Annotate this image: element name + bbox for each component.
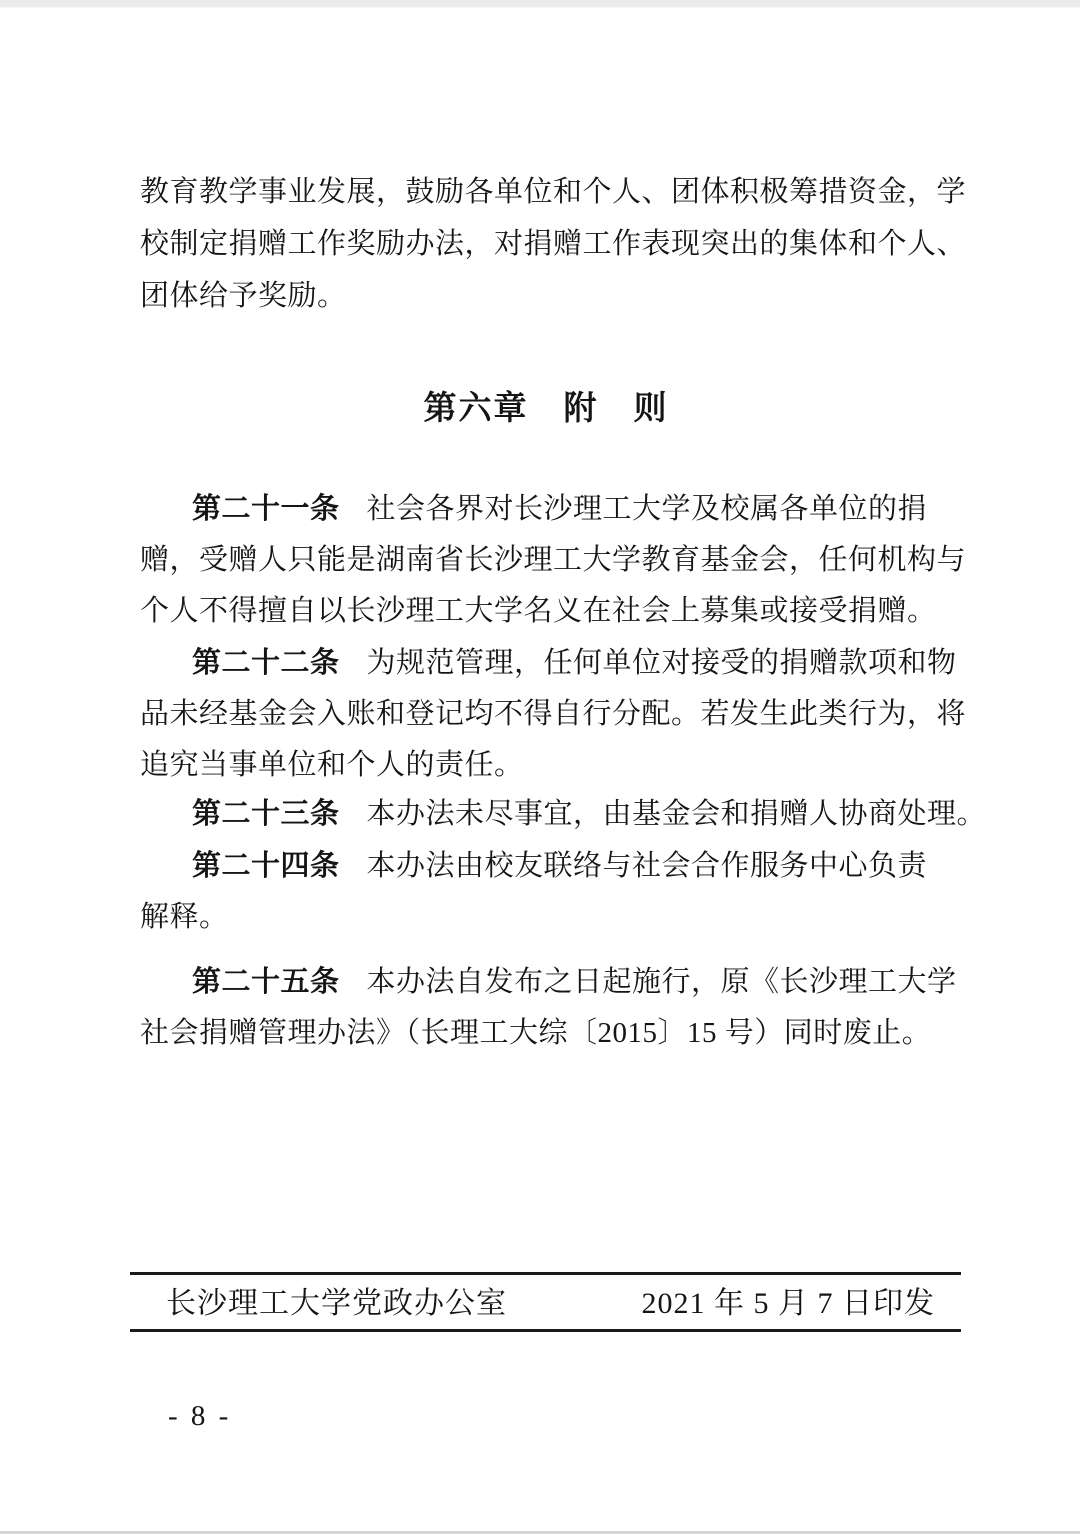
text-line: 个人不得擅自以长沙理工大学名义在社会上募集或接受捐赠。 bbox=[140, 586, 952, 637]
text-line: 赠，受赠人只能是湖南省长沙理工大学教育基金会，任何机构与 bbox=[140, 535, 952, 586]
document-page: 教育教学事业发展，鼓励各单位和个人、团体积极筹措资金，学 校制定捐赠工作奖励办法… bbox=[0, 0, 1080, 1534]
text-line: 第二十一条社会各界对长沙理工大学及校属各单位的捐 bbox=[140, 484, 952, 535]
article-number: 第二十五条 bbox=[192, 966, 340, 998]
scan-edge-top bbox=[0, 0, 1080, 8]
article-text: 本办法自发布之日起施行，原《长沙理工大学 bbox=[367, 966, 957, 998]
text-line: 第二十四条本办法由校友联络与社会合作服务中心负责 bbox=[140, 841, 952, 892]
print-footer: 长沙理工大学党政办公室 2021 年 5 月 7 日印发 bbox=[130, 1286, 961, 1322]
text-line: 教育教学事业发展，鼓励各单位和个人、团体积极筹措资金，学 bbox=[140, 166, 952, 218]
text-line: 第二十三条本办法未尽事宜，由基金会和捐赠人协商处理。 bbox=[140, 789, 952, 840]
article-text: 为规范管理，任何单位对接受的捐赠款项和物 bbox=[367, 647, 957, 679]
text-line: 解释。 bbox=[140, 892, 952, 943]
article-23: 第二十三条本办法未尽事宜，由基金会和捐赠人协商处理。 bbox=[140, 789, 952, 840]
article-number: 第二十一条 bbox=[192, 493, 340, 525]
text-line: 校制定捐赠工作奖励办法，对捐赠工作表现突出的集体和个人、 bbox=[140, 218, 952, 270]
article-21: 第二十一条社会各界对长沙理工大学及校属各单位的捐 赠，受赠人只能是湖南省长沙理工… bbox=[140, 484, 952, 637]
issuing-office: 长沙理工大学党政办公室 bbox=[166, 1286, 507, 1322]
chapter-heading: 第六章 附 则 bbox=[140, 381, 952, 435]
article-number: 第二十三条 bbox=[192, 798, 340, 830]
text-line: 团体给予奖励。 bbox=[140, 270, 952, 322]
text-line: 第二十五条本办法自发布之日起施行，原《长沙理工大学 bbox=[140, 957, 952, 1008]
article-22: 第二十二条为规范管理，任何单位对接受的捐赠款项和物 品未经基金会入账和登记均不得… bbox=[140, 638, 952, 791]
article-text: 本办法由校友联络与社会合作服务中心负责 bbox=[367, 850, 928, 882]
paragraph-intro: 教育教学事业发展，鼓励各单位和个人、团体积极筹措资金，学 校制定捐赠工作奖励办法… bbox=[140, 166, 952, 322]
article-24: 第二十四条本办法由校友联络与社会合作服务中心负责 解释。 bbox=[140, 841, 952, 943]
article-number: 第二十二条 bbox=[192, 647, 340, 679]
footer-rule-bottom bbox=[130, 1329, 961, 1332]
text-line: 品未经基金会入账和登记均不得自行分配。若发生此类行为，将 bbox=[140, 689, 952, 740]
article-text: 社会各界对长沙理工大学及校属各单位的捐 bbox=[367, 493, 928, 525]
article-25: 第二十五条本办法自发布之日起施行，原《长沙理工大学 社会捐赠管理办法》（长理工大… bbox=[140, 957, 952, 1059]
page-number: - 8 - bbox=[168, 1400, 231, 1433]
issue-date: 2021 年 5 月 7 日印发 bbox=[642, 1286, 936, 1322]
text-line: 社会捐赠管理办法》（长理工大综〔2015〕15 号）同时废止。 bbox=[140, 1008, 952, 1059]
footer-rule-top bbox=[130, 1272, 961, 1275]
article-number: 第二十四条 bbox=[192, 850, 340, 882]
text-line: 追究当事单位和个人的责任。 bbox=[140, 740, 952, 791]
text-line: 第二十二条为规范管理，任何单位对接受的捐赠款项和物 bbox=[140, 638, 952, 689]
article-text: 本办法未尽事宜，由基金会和捐赠人协商处理。 bbox=[367, 798, 987, 830]
